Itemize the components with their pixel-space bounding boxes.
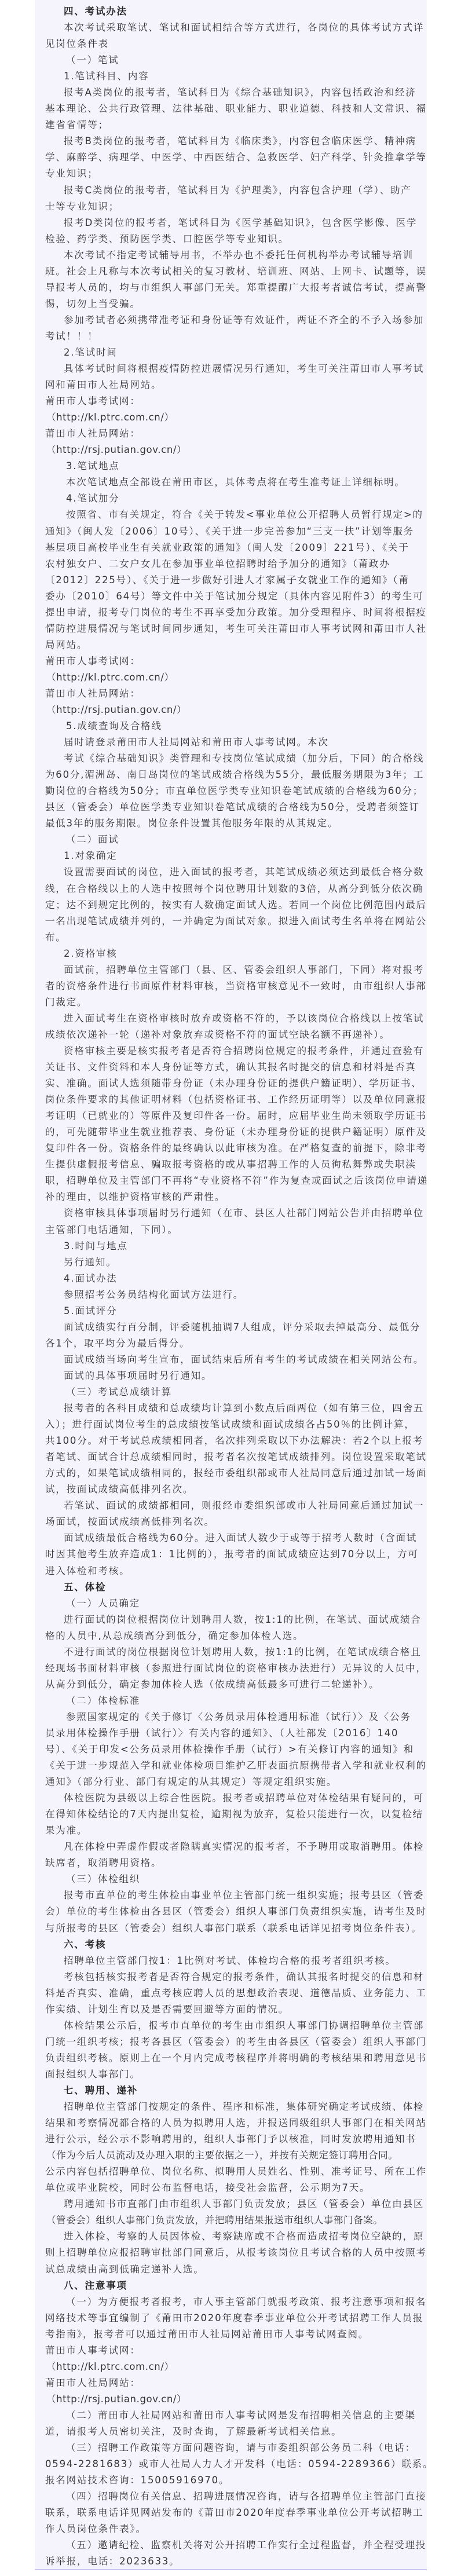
- text-line: 凡在体检中弄虚作假或者隐瞒真实情况的报考者，不予聘用或取消聘用。体检: [45, 1839, 415, 1855]
- text-line: 面报组织人事部门。: [45, 2066, 415, 2083]
- text-line: 面试成绩实行百分制，评委随机抽调7人组成，评分采取去掉最高分、最低分: [45, 1319, 415, 1335]
- text-line: 料是否真实、准确，重点考核应聘人员的思想政治表现、道德品质、业务能力、工: [45, 1985, 415, 2001]
- text-line: 莆田市人事考试网：: [45, 2343, 415, 2359]
- text-line: 招聘单位主管部门按1：1比例对考试、体检均合格的报考者组织考核。: [45, 1953, 415, 1969]
- text-line: 局网站。: [45, 637, 415, 653]
- text-line: 考试《综合基础知识》类管理和专技岗位笔试成绩（加分后，下同）的合格线: [45, 751, 415, 767]
- text-line: 农村独女户、二女户女儿在参加事业单位招聘时给予加分的通知》（莆政办: [45, 556, 415, 572]
- text-line: 惕，切勿上当受骗。: [45, 296, 415, 312]
- website-link[interactable]: （http://rsj.putian.gov.cn/）: [45, 702, 415, 718]
- text-line: 结果和考察情况都合格的人员为拟聘用人选，并报送同级组织人事部门在相关网站: [45, 2115, 415, 2131]
- text-line: 诉举报，电话：2023633。: [45, 2553, 415, 2570]
- text-line: （四）招聘岗位有关信息、招聘进展情况咨询，请与各招聘单位主管部门直接: [45, 2489, 415, 2505]
- text-line: 5.面试评分: [45, 1303, 415, 1319]
- text-line: 体检医院为县级以上综合性医院。报考者或招聘单位对体检结果有疑问的，可: [45, 1790, 415, 1806]
- text-line: 入）；进行面试岗位考生的总成绩按笔试成绩和面试成绩各占50％的比例计算，: [45, 1417, 415, 1433]
- section-heading: 四、考试办法: [45, 3, 415, 20]
- text-line: 按照省、市有关规定，符合《关于转发<事业单位公开招聘人员暂行规定>的: [45, 507, 415, 523]
- text-line: 职，招聘单位及主管部门不再将“专业资格不符”作为复查或面试之后该岗位申请递: [45, 1173, 415, 1189]
- text-line: 〔2012〕225号）、《关于进一步做好引进人才家属子女就业工作的通知》（莆: [45, 572, 415, 588]
- text-line: 试，按面试成绩高低排列名次。: [45, 1481, 415, 1498]
- text-line: 复印件各一份。资格条件的最终确认以此审核为准。在严格复查的前提下，除非考: [45, 1140, 415, 1157]
- text-line: 号）、《关于印发<公务员录用体检操作手册（试行）>有关修订内容的通知》和: [45, 1741, 415, 1758]
- text-line: 4.笔试加分: [45, 491, 415, 507]
- text-line: 《关于进一步规范入学和就业体检项目维护乙肝表面抗原携带者入学和就业权利的: [45, 1758, 415, 1774]
- text-line: 报考D类岗位的报考者，笔试科目为《医学基础知识》，包含医学影像、医学: [45, 215, 415, 231]
- text-line: 参照招考公务员结构化面试方法进行。: [45, 1287, 415, 1303]
- text-line: 线，在合格线以上的人选中按照每个岗位聘用计划数的3倍，从高分到低分依次确: [45, 881, 415, 897]
- text-line: 莆田市人社局网站：: [45, 686, 415, 702]
- text-line: 委办〔2010〕64号）等文件中关于笔试加分规定（具体内容见附件3）的考生可: [45, 588, 415, 605]
- text-line: 试总成绩由高到低确定递补人选。: [45, 2262, 415, 2278]
- text-line: 各1个，取平均分为最后得分。: [45, 1335, 415, 1352]
- text-line: 面试成绩最低合格线为60分。进入面试人数少于或等于招考人数时（含面试: [45, 1530, 415, 1546]
- text-line: 考核包括核实报考者是否符合规定的报考条件，确认其报名时提交的信息和材: [45, 1969, 415, 1985]
- text-line: 生提供虚假报考信息、骗取报考资格的或从事招聘工作的人员徇私舞弊或失职渎: [45, 1157, 415, 1173]
- text-line: 考试！！！: [45, 328, 415, 345]
- text-line: 在得知体检结论的7天内提出复检，逾期视为放弃，复检只能进行一次，以复检结: [45, 1806, 415, 1823]
- text-line: 资格审核具体事项届时另行通知（在市、县区人社部门网站公告并由招聘单位: [45, 1205, 415, 1221]
- text-line: （三）招聘工作政策等方面问题咨询，请与市委组织部公务员二科（电话：: [45, 2440, 415, 2456]
- text-line: 聘用通知书市直部门由市组织人事部门负责发放；县区（管委会）单位由县区: [45, 2196, 415, 2212]
- text-line: （二）面试: [45, 832, 415, 848]
- text-line: 莆田市人事考试网：: [45, 393, 415, 409]
- text-line: 1.笔试科目、内容: [45, 68, 415, 85]
- text-line: 通知》（闽人发〔2006〕10号）、《关于进一步完善参加“三支一扶”计划等服务: [45, 524, 415, 540]
- text-line: 则上招聘单位应报招聘审批部门同意后，从报考该岗位且考试合格的人员中按照考: [45, 2245, 415, 2261]
- text-line: 1.对象确定: [45, 848, 415, 864]
- text-line: 本次笔试地点全部设在莆田市区，具体考点将在考生准考证上详细标明。: [45, 474, 415, 491]
- text-line: 关证书、文件资料和本人身份证等方式，确认其报名时提交的信息和材料是否真: [45, 1059, 415, 1075]
- text-line: 一名出现笔试成绩并列的，一并确定为面试对象。拟进入面试考生名单将在网站公: [45, 913, 415, 930]
- text-line: 招聘单位主管部门按规定的条件、程序和标准，集体研究确定考试成绩、体检: [45, 2099, 415, 2115]
- text-line: 提出申请，报考专门岗位的考生不再享受加分政策。加分受理程序、时间将根据疫: [45, 605, 415, 621]
- text-line: 门裁定。: [45, 994, 415, 1011]
- text-line: 考证明（已就业的）等原件及复印件各一份。届时，应届毕业生尚未领取学历证书: [45, 1108, 415, 1124]
- text-line: （作为今后人员流动及办理入职的主要依据之一），并按有关规定签订聘用合同。: [45, 2147, 415, 2164]
- text-line: 本次考试采取笔试、笔试和面试相结合等方式进行，各岗位的具体考试方式详: [45, 20, 415, 36]
- text-line: 通知》（部分行业、部门有规定的从其规定）等规定组织实施。: [45, 1774, 415, 1790]
- text-line: 实、准确。面试人选须随带身份证（未办理身份证的提供户籍证明）、学历证书、: [45, 1075, 415, 1092]
- text-line: 5.成绩查询及合格线: [45, 718, 415, 734]
- text-line: 情防控进展情况与笔试时间同步通知，考生可关注莆田市人事考试网和莆田市人社: [45, 621, 415, 637]
- text-line: 资格审核主要是核实报考者是否符合招聘岗位规定的报考条件，并通过查验有: [45, 1043, 415, 1059]
- document-body: 四、考试办法本次考试采取笔试、笔试和面试相结合等方式进行，各岗位的具体考试方式详…: [35, 0, 427, 2570]
- section-heading: 八、注意事项: [45, 2278, 415, 2294]
- text-line: 格的人员中,从总成绩高分到低分，确定参加体检人选。: [45, 1628, 415, 1644]
- text-line: 者笔试、面试合计总成绩相同时，报考者名次按笔试成绩排列。岗位设置采取笔试: [45, 1449, 415, 1465]
- text-line: 报考A类岗位的报考者，笔试科目为《综合基础知识》，内容包括政治和经济: [45, 85, 415, 101]
- website-link[interactable]: （http://kl.ptrc.com.cn/）: [45, 409, 415, 426]
- text-line: 0594-2281683）或市人社局人力人才开发科（电话：0594-228936…: [45, 2456, 415, 2472]
- text-line: 作人员岗位条件表》。: [45, 2521, 415, 2537]
- text-line: 共100分。对于考试总成绩相同者，名次排列采取以下办法解决：若2个以上报考: [45, 1433, 415, 1449]
- text-line: 网络技术等事宜编制了《莆田市2020年度春季事业单位公开考试招聘工作人员报: [45, 2310, 415, 2326]
- text-line: 县区（管委会）单位医学类专业知识卷笔试成绩的合格线为50分，受聘者须签订: [45, 799, 415, 815]
- website-link[interactable]: （http://rsj.putian.gov.cn/）: [45, 2391, 415, 2407]
- text-line: 时因其他考生放弃造成1：1比例的），报考者的面试成绩应达到70分以上，方可: [45, 1546, 415, 1563]
- text-line: （二）莆田市人社局网站和莆田市人事考试网是发布招聘相关信息的主要渠: [45, 2407, 415, 2424]
- section-heading: 六、考核: [45, 1937, 415, 1953]
- text-line: 公示内容包括招聘单位、岗位名称、拟聘用人员姓名、性别、准考证号、所在工作: [45, 2164, 415, 2180]
- text-line: 作实绩、计划生育以及是否需要回避等方面的情况。: [45, 2001, 415, 2018]
- text-line: 建省省情等；: [45, 117, 415, 133]
- text-line: 学、麻醉学、病理学、中医学、中西医结合、急救医学、妇产科学、针灸推拿学等: [45, 149, 415, 166]
- text-line: 设置需要面试的岗位，进入面试的报考者，其笔试成绩必须达到最低合格分数: [45, 864, 415, 880]
- text-line: 主管部门电话通知，下同）。: [45, 1222, 415, 1238]
- text-line: 2.笔试时间: [45, 345, 415, 361]
- text-line: 经现场书面材料审核（参照进行面试岗位的资格审核办法进行）无异议的人员中，: [45, 1660, 415, 1677]
- text-line: 报考者的各科目成绩和总成绩均计算到小数点后面两位（如有第三位，四舍五: [45, 1400, 415, 1417]
- text-line: （一）笔试: [45, 52, 415, 68]
- text-line: 考指南》，报考者可以通过莆田市人社局网站莆田市人事考试网查阅。: [45, 2326, 415, 2343]
- text-line: 参加考试者必须携带准考证和身份证等有效证件，两证不齐全的不予入场参加: [45, 312, 415, 328]
- text-line: （一）人员确定: [45, 1596, 415, 1612]
- text-line: 莆田市人社局网站：: [45, 2375, 415, 2391]
- text-line: 场面试，按面试成绩高低排列名次。: [45, 1514, 415, 1530]
- text-line: 见岗位条件表: [45, 36, 415, 52]
- website-link[interactable]: （http://kl.ptrc.com.cn/）: [45, 2359, 415, 2375]
- text-line: 报考C类岗位的报考者，笔试科目为《护理类》，内容包含护理（学）、助产: [45, 182, 415, 199]
- text-line: 面试成绩当场向考生宣布，面试结束后所有考生的考试成绩在相关网站公布。: [45, 1352, 415, 1368]
- text-line: 检验、药学类、预防医学类、口腔医学等专业知识。: [45, 231, 415, 247]
- text-line: 莆田市人社局网站：: [45, 426, 415, 442]
- text-line: 网和莆田市人社局网站。: [45, 377, 415, 393]
- website-link[interactable]: （http://kl.ptrc.com.cn/）: [45, 669, 415, 686]
- text-line: 参照国家规定的《关于修订〈公务员录用体检通用标准（试行）〉及〈公务: [45, 1709, 415, 1725]
- text-line: 布。: [45, 930, 415, 946]
- text-line: 进行公示，经公示不影响聘用的，组织人事部门予以核准，同时发放聘用通知书: [45, 2131, 415, 2147]
- text-line: 负责组织考核。原则上在一个月内完成考核程序并将明确的考核结果和聘用意见书: [45, 2050, 415, 2066]
- text-line: 面试的具体事项届时另行通知。: [45, 1368, 415, 1384]
- text-line: 岗位条件要求的其他证明材料（包括资格证书、工作经历证明等）以及单位同意报: [45, 1092, 415, 1108]
- text-line: 缺席者，取消聘用资格。: [45, 1855, 415, 1871]
- text-line: 方式的，如果笔试成绩相同的，报经市委组织部或市人社局同意后通过加试一场面: [45, 1465, 415, 1481]
- text-line: 届时请登录莆田市人社局网站和莆田市人事考试网。本次: [45, 734, 415, 751]
- text-line: 最低3年的服务期限。岗位条件设置其他服务年限的从其规定。: [45, 815, 415, 832]
- text-line: （一）为方便报考者报考，市人事主管部门就报考政策、报考注意事项和报名: [45, 2294, 415, 2310]
- text-line: 若笔试、面试的成绩都相同，则报经市委组织部或市人社局同意后通过加试一: [45, 1498, 415, 1514]
- text-line: 者的资格条件进行书面原件材料审核，当资格审核意见不一致时，由市组织人事部: [45, 978, 415, 994]
- text-line: （二）体检标准: [45, 1693, 415, 1709]
- text-line: 导报考人员的，均与市组织人事部门无关。郑重提醒广大报考者诚信考试，提高警: [45, 280, 415, 296]
- text-line: 的，可先随带毕业生就业推荐表、身份证（未办理身份证的提供户籍证明）原件及: [45, 1124, 415, 1140]
- text-line: 进入体检、考察的人员因体检、考察缺席或不合格而造成招考岗位空缺的，原: [45, 2229, 415, 2245]
- text-line: 不进行面试的岗位根据岗位计划聘用人数，按1:1的比例，在笔试成绩合格且: [45, 1644, 415, 1660]
- text-line: 基层项目高校毕业生有关就业政策的通知》（闽人发〔2009〕221号）、《关于: [45, 540, 415, 556]
- text-line: 单位或毕业院校，同时公布监督电话，接受社会监督，公示期为7天。: [45, 2180, 415, 2196]
- text-line: 体检结果公示后，报考市直单位的考生由市组织人事部门协调招聘单位主管部: [45, 2018, 415, 2034]
- text-line: 本次考试不指定考试辅导用书，不举办也不委托任何机构举办考试辅导培训: [45, 247, 415, 264]
- text-line: 3.笔试地点: [45, 458, 415, 474]
- text-line: 3.时间与地点: [45, 1238, 415, 1254]
- text-line: 勤岗位的合格线为50分；市直单位医学类专业知识卷笔试成绩的合格线为60分；: [45, 783, 415, 799]
- text-line: 联系，联系电话详见网站发布的《莆田市2020年度春季事业单位公开考试招聘工: [45, 2505, 415, 2521]
- text-line: （三）体检组织: [45, 1871, 415, 1887]
- text-line: （三）考试总成绩计算: [45, 1384, 415, 1400]
- text-line: 道，请报考人员密切关注，及时查询，了解最新考试相关信息。: [45, 2424, 415, 2440]
- text-line: 进行面试的岗位根据岗位计划聘用人数，按1:1的比例，在笔试、面试成绩合: [45, 1612, 415, 1628]
- text-line: 门统一组织考核；报考各县区（管委会）的考生由各县区（管委会）组织人事部门: [45, 2034, 415, 2050]
- text-line: 成绩依次递补一轮（递补对象放弃或资格不符的面试空缺名额不再递补）。: [45, 1027, 415, 1043]
- text-line: 报考市直单位的考生体检由事业单位主管部门统一组织实施；报考县区（管委: [45, 1887, 415, 1904]
- text-line: 果为准。: [45, 1823, 415, 1839]
- text-line: 定；达不到规定比例的，按实有人数确定面试人选。若同一个岗位比例范围内最后: [45, 897, 415, 913]
- section-heading: 五、体检: [45, 1579, 415, 1596]
- text-line: 会）单位的考生体检由各县区（管委会）组织人事部门负责组织实施，请考生及时: [45, 1904, 415, 1920]
- text-line: 进入体检和考核。: [45, 1563, 415, 1579]
- text-line: 士等专业知识；: [45, 199, 415, 215]
- text-line: 基本理论、公共行政管理、法律基础、职业能力、职业道德、科技和人文常识、福: [45, 101, 415, 117]
- text-line: 员录用体检操作手册（试行）〉有关内容的通知》、（人社部发〔2016〕140: [45, 1725, 415, 1741]
- text-line: （管委会）组织人事部门负责发放，并把聘用结果报送市组织人事部门备案。: [45, 2212, 415, 2229]
- text-line: 另行通知。: [45, 1254, 415, 1271]
- text-line: 班。社会上凡称与本次考试相关的复习教材、培训班、网站、上网卡、试题等，误: [45, 264, 415, 280]
- text-line: 报考B类岗位的报考者，笔试科目为《临床类》，内容包含临床医学、精神病: [45, 133, 415, 149]
- text-line: 莆田市人事考试网：: [45, 653, 415, 669]
- text-line: 报名网站技术咨询：15005916970。: [45, 2472, 415, 2489]
- text-line: 补的理由，以维护资格审核的严肃性。: [45, 1189, 415, 1205]
- text-line: 2.资格审核: [45, 946, 415, 962]
- website-link[interactable]: （http://rsj.putian.gov.cn/）: [45, 442, 415, 458]
- text-line: 为60分,湄洲岛、南日岛岗位的笔试成绩合格线为55分，最低服务期限为3年；工: [45, 767, 415, 783]
- text-line: 4.面试办法: [45, 1271, 415, 1287]
- text-line: 专业知识；: [45, 166, 415, 182]
- text-line: 面试前，招聘单位主管部门（县、区、管委会组织人事部门，下同）将对报考: [45, 962, 415, 978]
- section-heading: 七、聘用、递补: [45, 2083, 415, 2099]
- text-line: 与所报考的县区（管委会）组织人事部门联系（联系电话详见招考岗位条件表）。: [45, 1920, 415, 1937]
- text-line: 具体考试时间将根据疫情防控进展情况另行通知，考生可关注莆田市人事考试: [45, 361, 415, 377]
- text-line: 进入面试考生在资格审核时放弃或资格不符的，予以该岗位合格线以上按笔试: [45, 1011, 415, 1027]
- text-line: （五）邀请纪检、监察机关将对公开招聘工作实行全过程监督，并全程受理投: [45, 2537, 415, 2553]
- text-line: 从高分到低分，确定参加体检人选（依成绩高低最多可进行二轮递补）。: [45, 1677, 415, 1693]
